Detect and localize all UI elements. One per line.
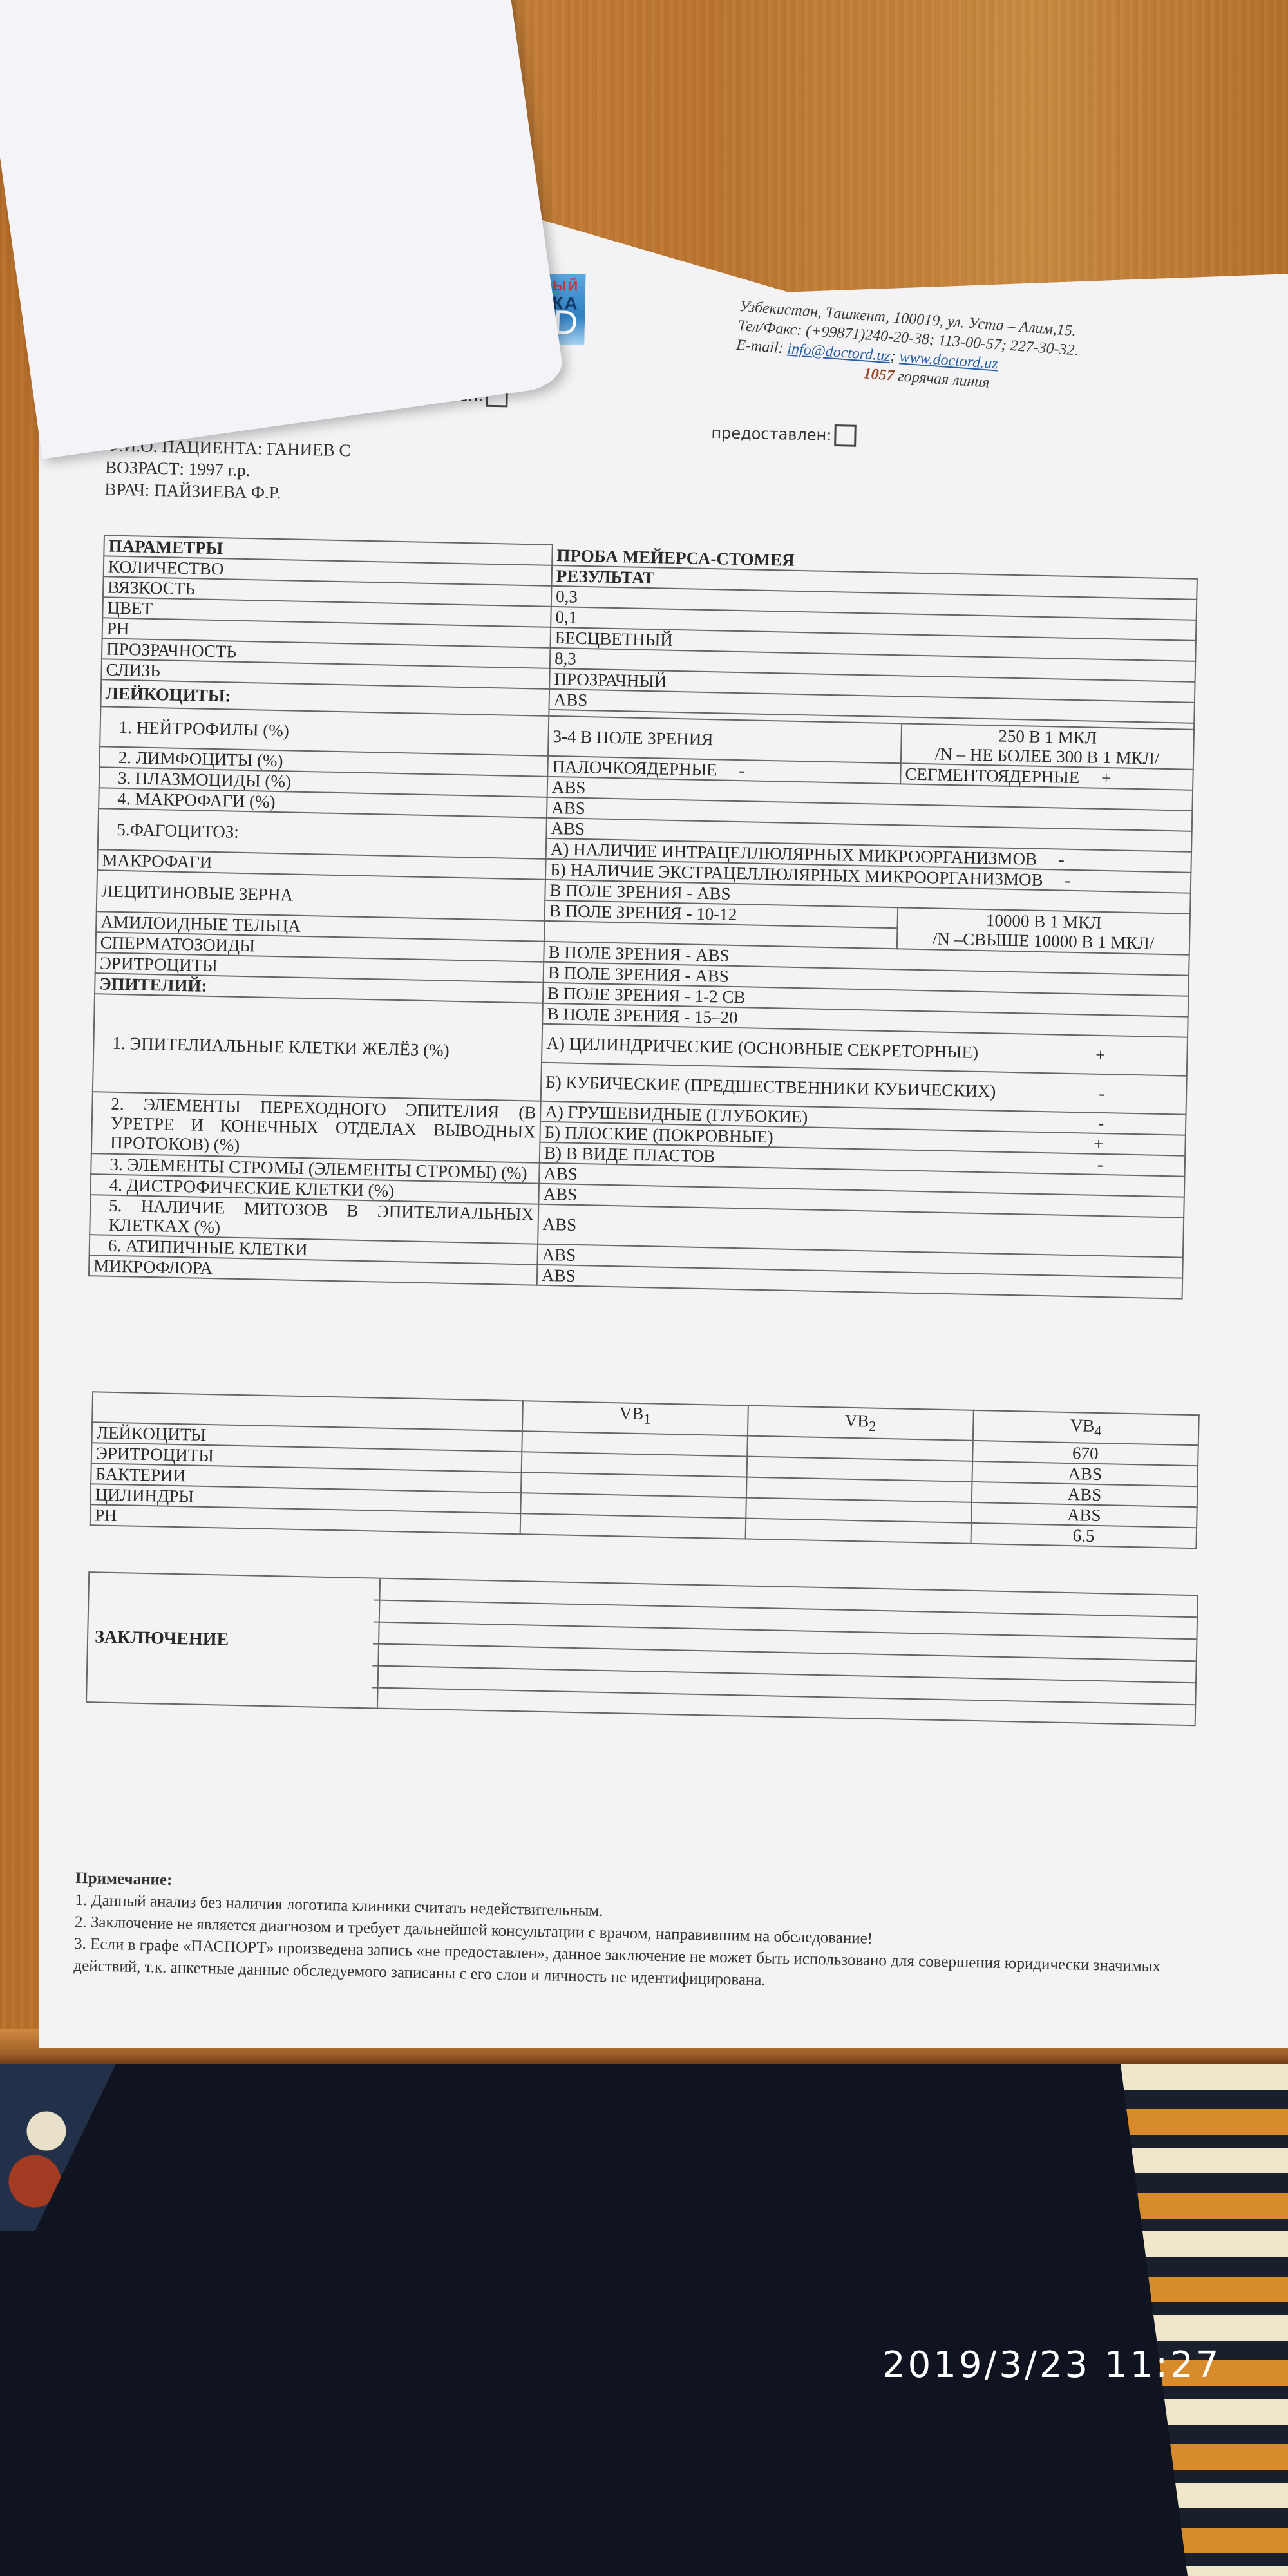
doctor-label: ВРАЧ: [104,479,150,499]
vb2-header: VB2 [748,1406,974,1441]
vb-portions-table: VBVB11 VB2 VB4 ЛЕЙКОЦИТЫ 670 ЭРИТРОЦИТЫ … [90,1391,1200,1549]
param-label: 1. ЭПИТЕЛИАЛЬНЫЕ КЛЕТКИ ЖЕЛЁЗ (%) [93,994,543,1101]
extracellular-flag: - [1065,871,1071,890]
neutrophils-count-cell: 250 В 1 МКЛ /N – НЕ БОЛЕЕ 300 В 1 МКЛ/ [901,723,1194,769]
meares-stamey-table: ПАРАМЕТРЫ ПРОБА МЕЙЕРСА-СТОМЕЯ КОЛИЧЕСТВ… [88,535,1198,1299]
email-label: E-mail: [735,337,784,357]
cylindrical-label: А) ЦИЛИНДРИЧЕСКИЕ (ОСНОВНЫЕ СЕКРЕТОРНЫЕ) [546,1034,978,1062]
intracellular-flag: - [1058,849,1065,869]
vb4-index: 4 [1094,1423,1102,1439]
flipped-page-corner [0,0,565,459]
hotline-number: 1057 [863,365,895,384]
flat-flag: + [1094,1134,1181,1155]
passport-provided-label: предоставлен: [711,424,831,444]
vb4-header: VB4 [973,1410,1199,1446]
pear-shaped-flag: - [1098,1113,1182,1135]
age-label: ВОЗРАСТ: [105,457,184,478]
vb4-value: 6.5 [971,1523,1197,1548]
layers-flag: - [1097,1155,1181,1176]
band-cells-flag: - [739,761,745,780]
passport-provided-checkbox[interactable] [834,424,857,447]
cubic-flag: - [1099,1075,1182,1114]
param-label: 2. ЭЛЕМЕНТЫ ПЕРЕХОДНОГО ЭПИТЕЛИЯ (В УРЕТ… [91,1092,541,1163]
cubic-label: Б) КУБИЧЕСКИЕ (ПРЕДШЕСТВЕННИКИ КУБИЧЕСКИ… [545,1072,996,1101]
passport-provided: предоставлен: [711,422,857,447]
photo-timestamp: 2019/3/23 11:27 [882,2344,1221,2386]
segmented-flag: + [1101,768,1112,788]
vb1-header: VBVB11 [522,1401,748,1436]
patient-name-value: ГАНИЕВ С [267,439,351,460]
lecithin-count-cell: 10000 В 1 МКЛ /N –СВЫШЕ 10000 В 1 МКЛ/ [897,907,1190,954]
age-value: 1997 г.р. [188,459,250,480]
vb1-index: 1 [643,1411,651,1427]
conclusion-box: ЗАКЛЮЧЕНИЕ [86,1571,1198,1726]
cylindrical-flag: + [1095,1036,1183,1075]
vb1-value [520,1514,746,1539]
conclusion-label: ЗАКЛЮЧЕНИЕ [87,1573,381,1707]
conclusion-lines [372,1578,1197,1725]
result-value: 3-4 В ПОЛЕ ЗРЕНИЯ [548,716,902,763]
doctor-value: ПАЙЗИЕВА Ф.Р. [154,480,281,502]
dark-floor-background [0,2064,1288,2576]
vb2-value [745,1519,971,1544]
band-cells-label: ПАЛОЧКОЯДЕРНЫЕ [552,757,717,779]
vb2-index: 2 [869,1417,876,1434]
notes-section: Примечание: 1. Данный анализ без наличия… [73,1868,1196,2000]
layers-label: В) В ВИДЕ ПЛАСТОВ [544,1143,715,1166]
segmented-label: СЕГМЕНТОЯДЕРНЫЕ [905,764,1080,787]
